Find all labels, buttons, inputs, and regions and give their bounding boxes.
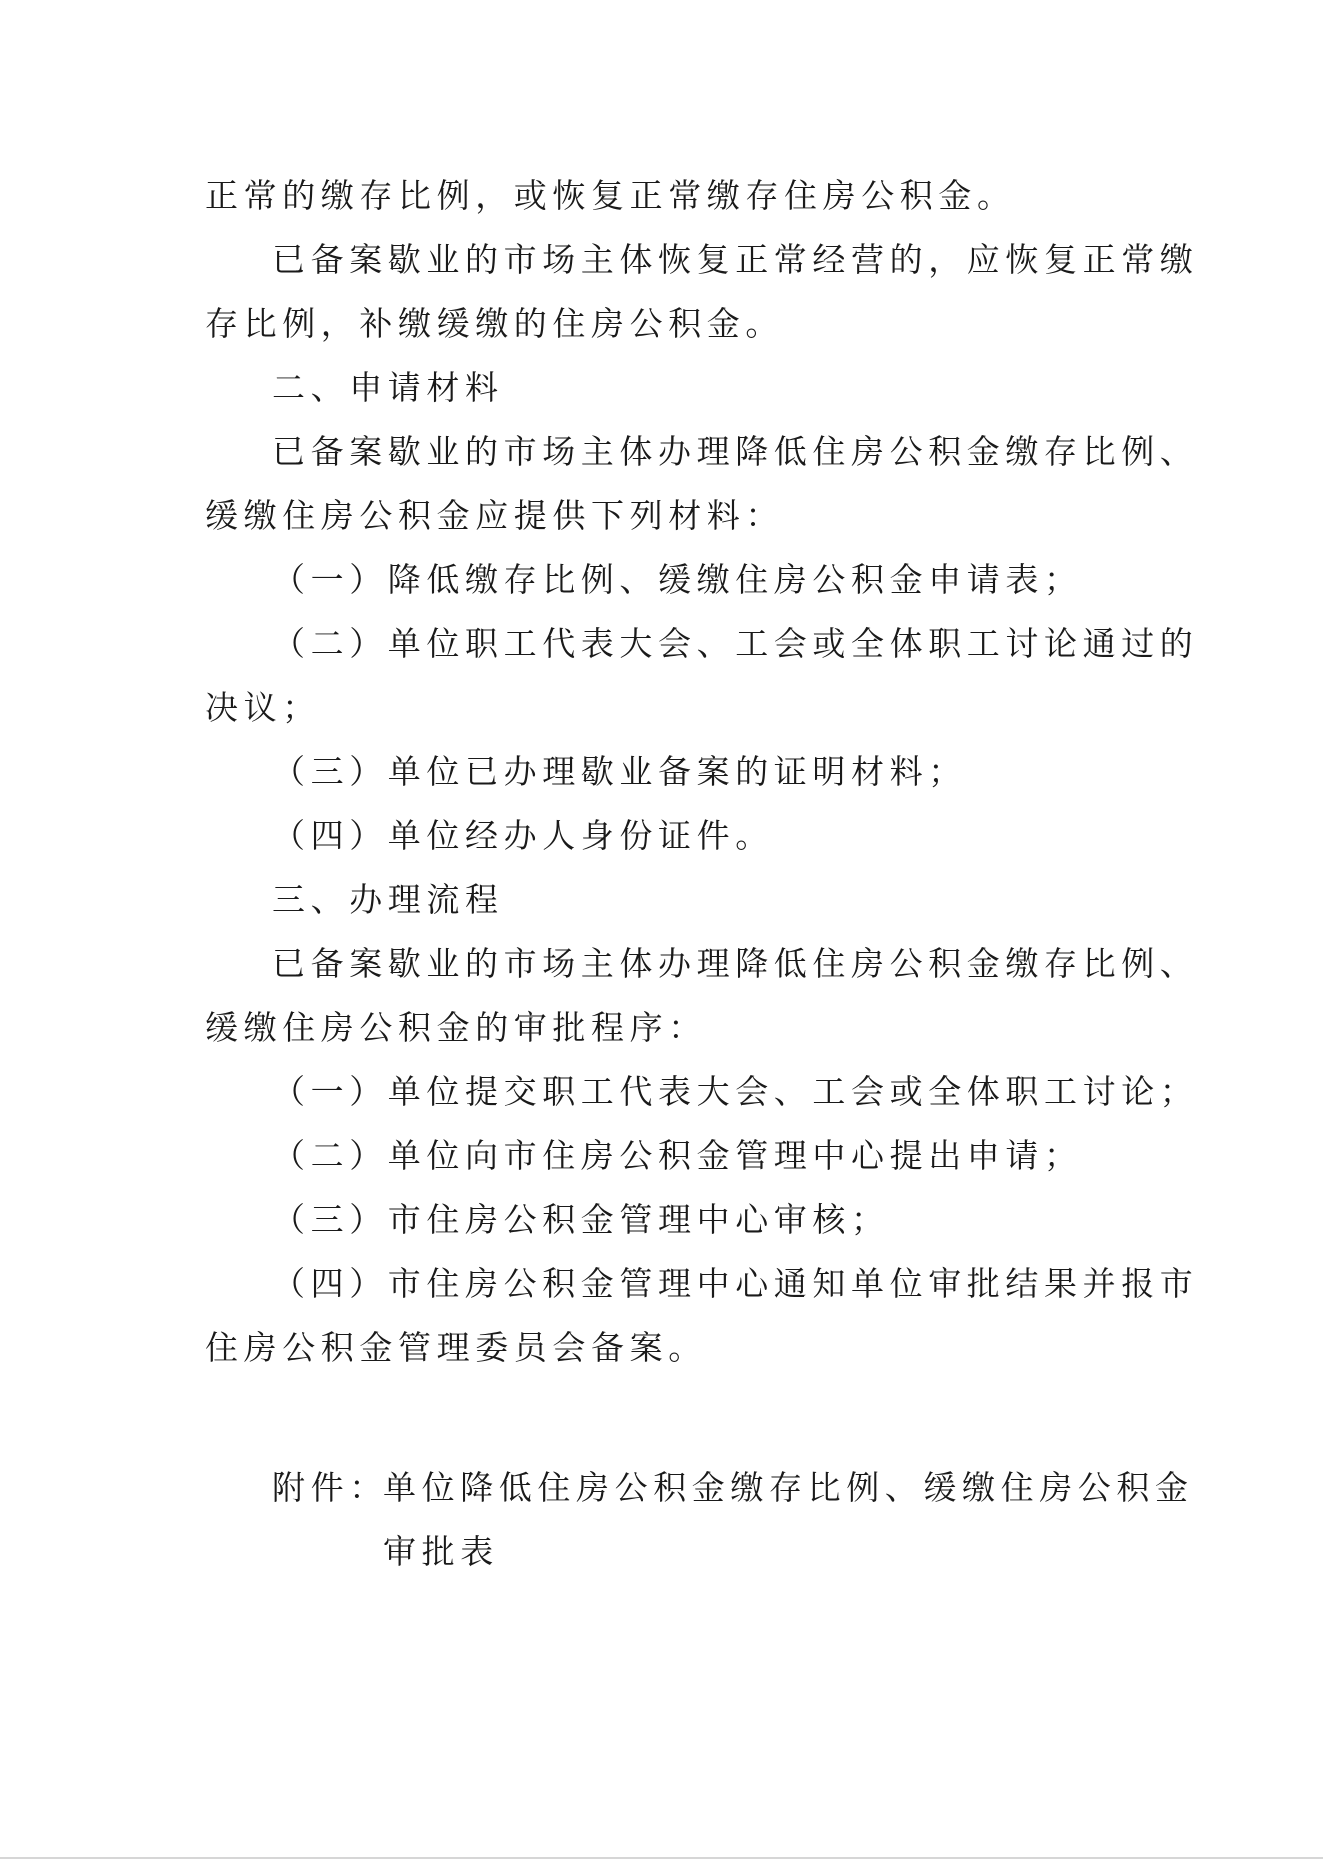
paragraph-line: 已备案歇业的市场主体办理降低住房公积金缴存比例、 [272, 944, 1198, 984]
document-page: 正常的缴存比例，或恢复正常缴存住房公积金。 已备案歇业的市场主体恢复正常经营的，… [0, 0, 1323, 1870]
paragraph-line: 缓缴住房公积金的审批程序： [205, 1008, 707, 1048]
list-item-continuation: 决议； [205, 688, 321, 728]
list-item: （四）单位经办人身份证件。 [272, 816, 774, 856]
list-item: （二）单位向市住房公积金管理中心提出申请； [272, 1136, 1083, 1176]
paragraph-line: 正常的缴存比例，或恢复正常缴存住房公积金。 [205, 176, 1016, 216]
paragraph-line: 缓缴住房公积金应提供下列材料： [205, 496, 784, 536]
list-item: （三）市住房公积金管理中心审核； [272, 1200, 890, 1240]
attachment-title-continuation: 审批表 [383, 1532, 499, 1572]
attachment-label: 附件： [272, 1468, 388, 1508]
section-heading-process: 三、办理流程 [272, 880, 504, 920]
paragraph-line: 已备案歇业的市场主体恢复正常经营的，应恢复正常缴 [272, 240, 1198, 280]
list-item: （一）降低缴存比例、缓缴住房公积金申请表； [272, 560, 1083, 600]
attachment-title: 单位降低住房公积金缴存比例、缓缴住房公积金 [383, 1468, 1194, 1508]
list-item: （一）单位提交职工代表大会、工会或全体职工讨论； [272, 1072, 1198, 1112]
list-item: （三）单位已办理歇业备案的证明材料； [272, 752, 967, 792]
page-bottom-edge [0, 1857, 1323, 1859]
paragraph-line: 已备案歇业的市场主体办理降低住房公积金缴存比例、 [272, 432, 1198, 472]
list-item: （二）单位职工代表大会、工会或全体职工讨论通过的 [272, 624, 1198, 664]
list-item: （四）市住房公积金管理中心通知单位审批结果并报市 [272, 1264, 1198, 1304]
paragraph-line: 存比例，补缴缓缴的住房公积金。 [205, 304, 784, 344]
list-item-continuation: 住房公积金管理委员会备案。 [205, 1328, 707, 1368]
section-heading-materials: 二、申请材料 [272, 368, 504, 408]
